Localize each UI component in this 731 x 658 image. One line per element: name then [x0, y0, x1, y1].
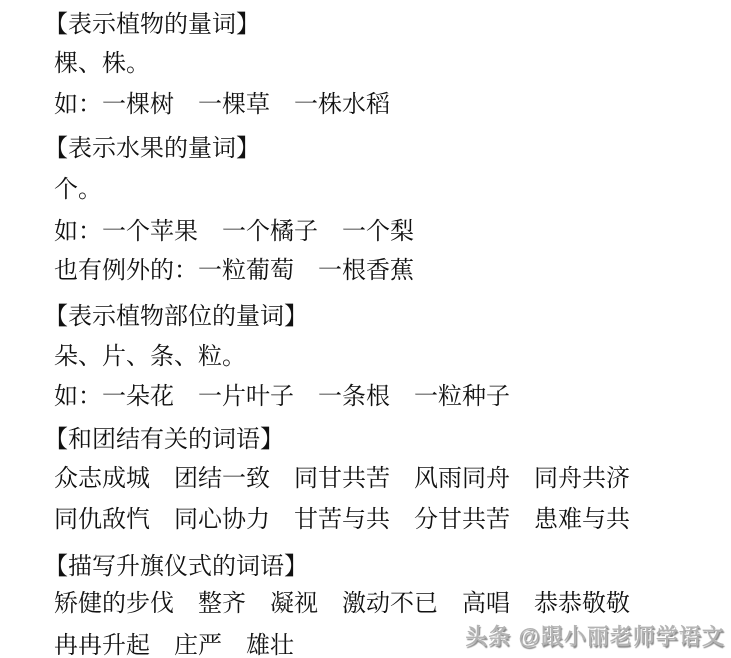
section-title-unity-words: 【和团结有关的词语】 [44, 427, 284, 454]
section-title-plant-measure-words: 【表示植物的量词】 [44, 12, 260, 39]
text-line-fruit-exceptions: 也有例外的：一粒葡萄 一根香蕉 [54, 258, 414, 285]
text-line-flag-ceremony-row2: 冉冉升起 庄严 雄壮 [54, 633, 294, 658]
text-line-unity-words-row2: 同仇敌忾 同心协力 甘苦与共 分甘共苦 患难与共 [54, 507, 630, 534]
toutiao-watermark: 头条 @跟小丽老师学语文 [465, 620, 725, 651]
section-title-fruit-measure-words: 【表示水果的量词】 [44, 136, 260, 163]
text-line-fruit-measure-words: 个。 [54, 177, 102, 204]
text-line-plant-part-measure-words: 朵、片、条、粒。 [54, 344, 246, 371]
section-title-plant-part-measure-words: 【表示植物部位的量词】 [44, 304, 308, 331]
text-line-flag-ceremony-row1: 矫健的步伐 整齐 凝视 激动不已 高唱 恭恭敬敬 [54, 591, 630, 618]
text-line-plant-measure-words: 棵、株。 [54, 51, 150, 78]
text-line-unity-words-row1: 众志成城 团结一致 同甘共苦 风雨同舟 同舟共济 [54, 466, 630, 493]
text-line-plant-part-examples: 如：一朵花 一片叶子 一条根 一粒种子 [54, 384, 510, 411]
text-line-fruit-examples: 如：一个苹果 一个橘子 一个梨 [54, 219, 414, 246]
section-title-flag-ceremony-words: 【描写升旗仪式的词语】 [44, 554, 308, 581]
text-line-plant-examples: 如：一棵树 一棵草 一株水稻 [54, 92, 390, 119]
document-page: 【表示植物的量词】 棵、株。 如：一棵树 一棵草 一株水稻 【表示水果的量词】 … [0, 0, 731, 658]
